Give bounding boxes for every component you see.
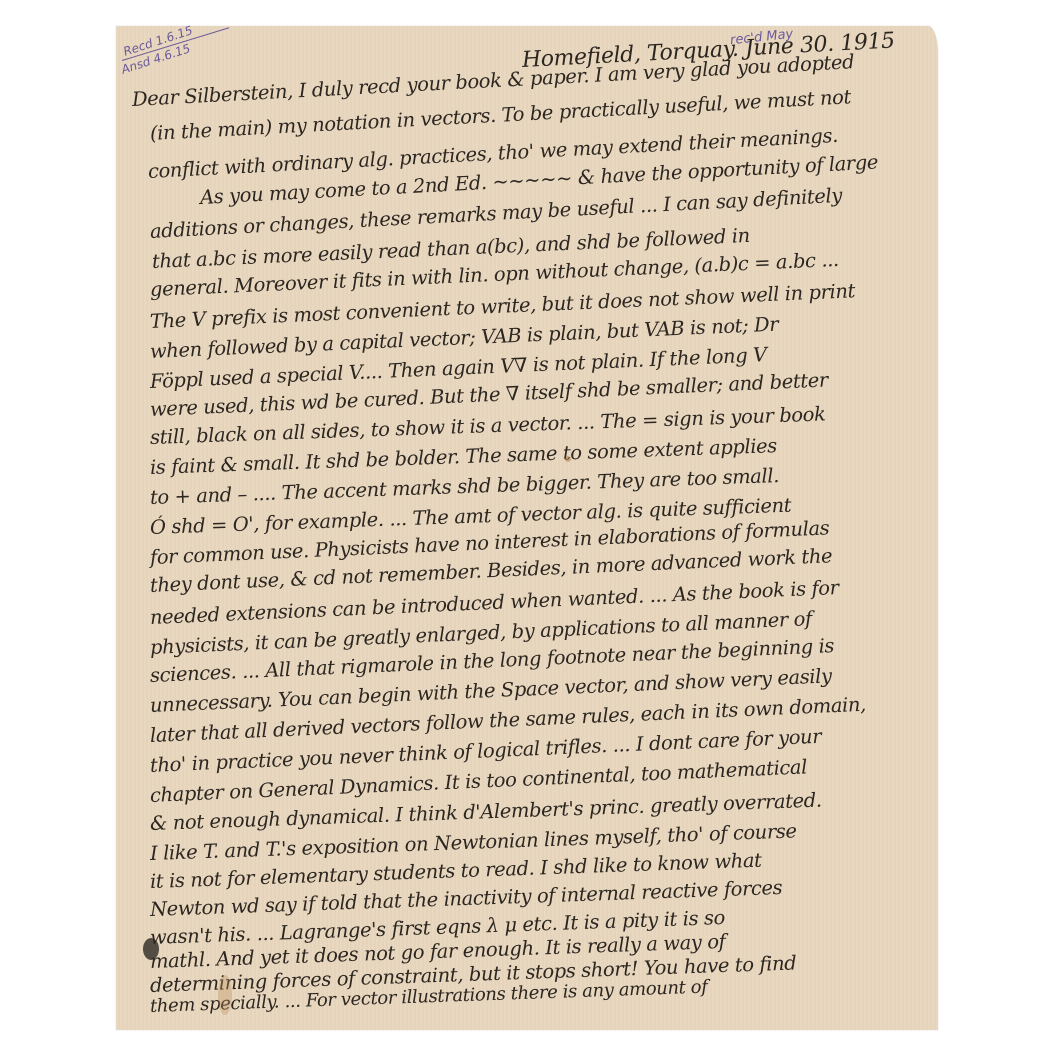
water-stain [218, 975, 232, 1015]
foxing-spot [565, 456, 571, 462]
ink-blot [143, 938, 159, 960]
